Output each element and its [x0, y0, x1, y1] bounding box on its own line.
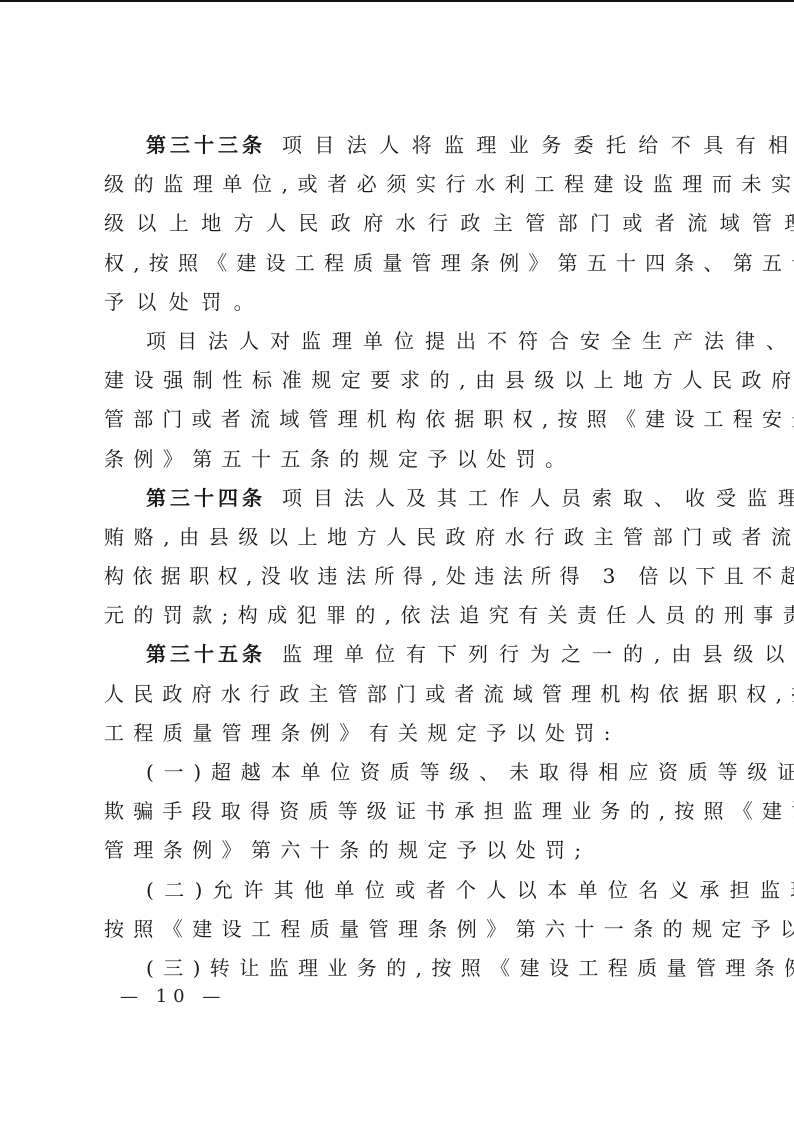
- text-line: 第三十五条监理单位有下列行为之一的,由县级以上地方: [104, 635, 694, 674]
- list-item-3: (三)转让监理业务的,按照《建设工程质量管理条例》第六十: [104, 949, 694, 988]
- text-line: (二)允许其他单位或者个人以本单位名义承担监理业务的,: [104, 871, 694, 910]
- page-number: — 10 —: [120, 986, 226, 1007]
- paragraph-article-34: 第三十四条项目法人及其工作人员索取、收受监理单位的 贿赂,由县级以上地方人民政府…: [104, 479, 694, 636]
- text-line: (一)超越本单位资质等级、未取得相应资质等级证书或者以: [104, 753, 694, 792]
- text-line: 建设强制性标准规定要求的,由县级以上地方人民政府水行政主: [104, 361, 694, 400]
- text-line: (三)转让监理业务的,按照《建设工程质量管理条例》第六十: [104, 949, 694, 988]
- text-line: 构依据职权,没收违法所得,处违法所得 3 倍以下且不超过 10 万: [104, 557, 694, 596]
- text-line: 工程质量管理条例》有关规定予以处罚:: [104, 714, 694, 753]
- text-line: 级的监理单位,或者必须实行水利工程建设监理而未实行的,由县: [104, 165, 694, 204]
- text-line: 贿赂,由县级以上地方人民政府水行政主管部门或者流域管理机: [104, 518, 694, 557]
- text-line: 第三十四条项目法人及其工作人员索取、收受监理单位的: [104, 479, 694, 518]
- text-line: 欺骗手段取得资质等级证书承担监理业务的,按照《建设工程质量: [104, 792, 694, 831]
- paragraph-supervision-safety: 项目法人对监理单位提出不符合安全生产法律、法规和工程 建设强制性标准规定要求的,…: [104, 322, 694, 479]
- list-item-1: (一)超越本单位资质等级、未取得相应资质等级证书或者以 欺骗手段取得资质等级证书…: [104, 753, 694, 871]
- text-line: 按照《建设工程质量管理条例》第六十一条的规定予以处罚;: [104, 910, 694, 949]
- text-line: 管部门或者流域管理机构依据职权,按照《建设工程安全生产管理: [104, 400, 694, 439]
- paragraph-article-35: 第三十五条监理单位有下列行为之一的,由县级以上地方 人民政府水行政主管部门或者流…: [104, 635, 694, 753]
- document-body: 第三十三条项目法人将监理业务委托给不具有相应资质等 级的监理单位,或者必须实行水…: [104, 126, 694, 988]
- text-line: 管理条例》第六十条的规定予以处罚;: [104, 831, 694, 870]
- text-line: 条例》第五十五条的规定予以处罚。: [104, 440, 694, 479]
- text-line: 权,按照《建设工程质量管理条例》第五十四条、第五十六条的规定: [104, 244, 694, 283]
- text-line: 元的罚款;构成犯罪的,依法追究有关责任人员的刑事责任。: [104, 596, 694, 635]
- list-item-2: (二)允许其他单位或者个人以本单位名义承担监理业务的, 按照《建设工程质量管理条…: [104, 871, 694, 949]
- text-line: 予以处罚。: [104, 283, 694, 322]
- text-line: 级以上地方人民政府水行政主管部门或者流域管理机构依据职: [104, 204, 694, 243]
- article-number: 第三十三条: [146, 133, 266, 157]
- paragraph-article-33: 第三十三条项目法人将监理业务委托给不具有相应资质等 级的监理单位,或者必须实行水…: [104, 126, 694, 322]
- text-line: 项目法人对监理单位提出不符合安全生产法律、法规和工程: [104, 322, 694, 361]
- page-top-border: [0, 0, 794, 2]
- article-number: 第三十五条: [146, 642, 266, 666]
- text-line: 第三十三条项目法人将监理业务委托给不具有相应资质等: [104, 126, 694, 165]
- article-number: 第三十四条: [146, 486, 266, 510]
- text-line: 人民政府水行政主管部门或者流域管理机构依据职权,按照《建设: [104, 675, 694, 714]
